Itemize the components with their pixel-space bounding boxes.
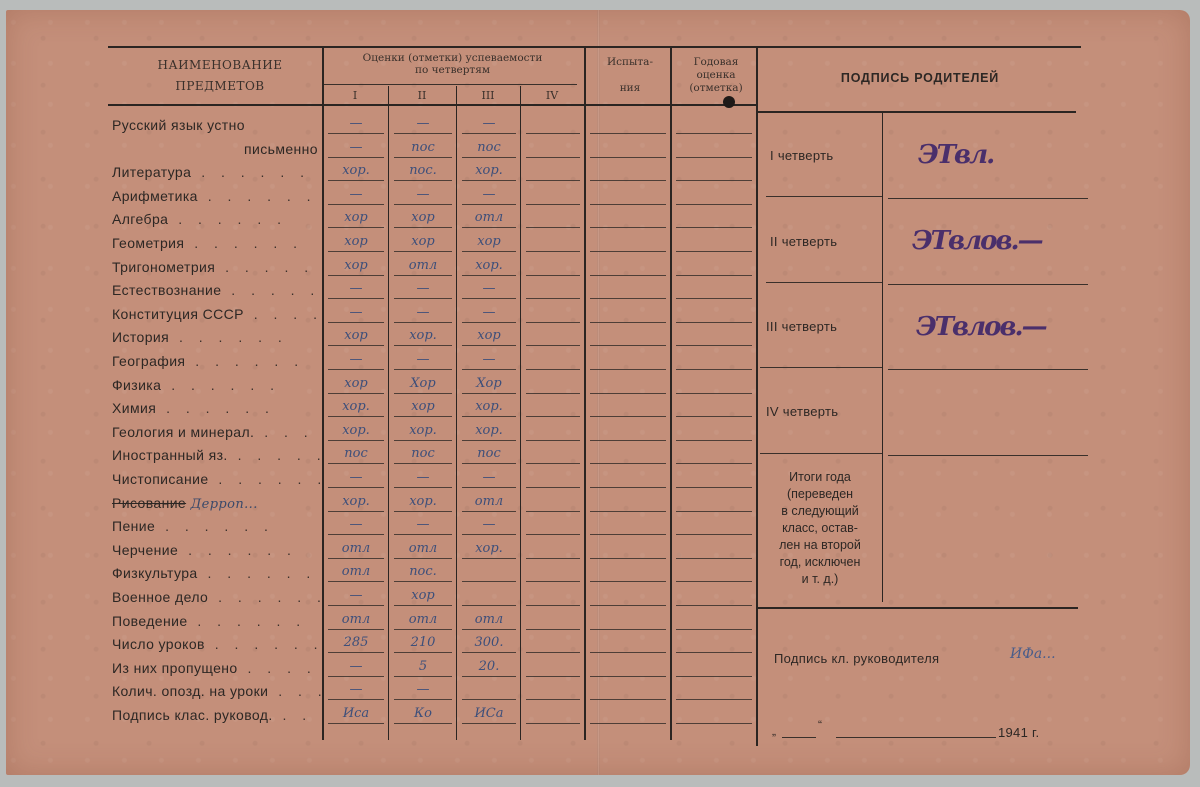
empty-cell-underline xyxy=(676,629,752,630)
grade-underline xyxy=(526,416,580,417)
grade-underline xyxy=(526,723,580,724)
subject-label: Арифметика . . . . . . xyxy=(112,185,322,208)
date-month-blank xyxy=(836,737,996,738)
grade-cell-q3: хор. xyxy=(458,159,520,182)
parents-row-rule xyxy=(888,284,1088,285)
grade-cell-q1: — xyxy=(324,513,388,536)
grade-cell-q1: хор xyxy=(324,254,388,277)
grade-underline xyxy=(394,345,452,346)
grade-underline xyxy=(462,345,516,346)
grade-underline xyxy=(328,605,384,606)
grade-underline xyxy=(526,157,580,158)
grade-underline xyxy=(526,227,580,228)
grade-cell-q1: — xyxy=(324,655,388,678)
empty-cell-underline xyxy=(676,723,752,724)
grade-underline xyxy=(462,275,516,276)
parents-q2-label: II четверть xyxy=(770,234,837,249)
grade-underline xyxy=(462,440,516,441)
subject-label: География . . . . . . xyxy=(112,350,322,373)
subject-label: Тригонометрия . . . . . . xyxy=(112,256,322,279)
year-result-line: лен на второй xyxy=(760,537,880,554)
empty-cell-underline xyxy=(676,463,752,464)
grade-underline xyxy=(462,605,516,606)
grade-underline xyxy=(526,298,580,299)
grade-underline xyxy=(462,133,516,134)
grade-underline xyxy=(394,511,452,512)
empty-cell-underline xyxy=(590,723,666,724)
subject-label: Колич. опозд. на уроки . . . . . . xyxy=(112,680,322,703)
grade-cell-q3: — xyxy=(458,513,520,536)
subject-label: Поведение . . . . . . xyxy=(112,610,322,633)
grade-underline xyxy=(462,204,516,205)
grade-cell-q1: хор xyxy=(324,372,388,395)
empty-cell-underline xyxy=(590,180,666,181)
grade-underline xyxy=(462,511,516,512)
grade-underline xyxy=(394,534,452,535)
grade-underline xyxy=(328,629,384,630)
grade-underline xyxy=(526,251,580,252)
grade-cell-q1: отл xyxy=(324,537,388,560)
parents-row-rule xyxy=(760,367,882,368)
empty-cell-underline xyxy=(676,416,752,417)
grade-cell-q3: хор xyxy=(458,324,520,347)
empty-cell-underline xyxy=(590,275,666,276)
grade-cell-q2: пос xyxy=(390,442,456,465)
subject-label: Конституция СССР . . . . . . xyxy=(112,303,322,326)
empty-cell-underline xyxy=(676,581,752,582)
grade-cell-q2: отл xyxy=(390,608,456,631)
header-subjects-line2: ПРЕДМЕТОВ xyxy=(120,79,320,93)
year-result-label: Итоги года(переведенв следующийкласс, ос… xyxy=(760,469,880,588)
grade-underline xyxy=(328,369,384,370)
grade-underline xyxy=(328,463,384,464)
grade-underline xyxy=(328,581,384,582)
parents-row-rule xyxy=(760,453,882,454)
grade-underline xyxy=(526,180,580,181)
grade-underline xyxy=(394,558,452,559)
empty-cell-underline xyxy=(676,322,752,323)
header-bottom-rule xyxy=(108,104,758,106)
grade-cell-q2: хор xyxy=(390,230,456,253)
grade-cell-q4 xyxy=(522,112,584,135)
grade-underline xyxy=(328,652,384,653)
grade-cell-q3: 20. xyxy=(458,655,520,678)
grade-cell-q4 xyxy=(522,277,584,300)
header-quarter-3: III xyxy=(456,89,520,102)
header-exams-line2: ния xyxy=(590,82,670,94)
empty-cell-underline xyxy=(676,605,752,606)
header-quarter-1: I xyxy=(322,89,388,102)
grade-cell-q2: пос xyxy=(390,136,456,159)
grade-underline xyxy=(462,369,516,370)
empty-cell-underline xyxy=(590,629,666,630)
grade-underline xyxy=(526,581,580,582)
grade-underline xyxy=(394,416,452,417)
grade-underline xyxy=(394,298,452,299)
grade-underline xyxy=(328,275,384,276)
subject-label: Пение . . . . . . xyxy=(112,515,322,538)
grade-cell-q4 xyxy=(522,419,584,442)
grade-cell-q2: — xyxy=(390,301,456,324)
subject-label: Естествознание . . . . . . xyxy=(112,279,322,302)
empty-cell-underline xyxy=(590,534,666,535)
grade-cell-q2: пос. xyxy=(390,159,456,182)
header-grades-line1: Оценки (отметки) успеваемости xyxy=(325,52,580,64)
grade-underline xyxy=(526,511,580,512)
grade-underline xyxy=(328,534,384,535)
subject-label: Чистописание . . . . . . xyxy=(112,468,322,491)
grade-cell-q4 xyxy=(522,324,584,347)
year-result-line: класс, остав- xyxy=(760,520,880,537)
leader-dots: . . . . . . xyxy=(155,518,274,534)
grade-underline xyxy=(462,723,516,724)
grade-underline xyxy=(328,558,384,559)
date-day-blank xyxy=(782,737,816,738)
grade-cell-q2: — xyxy=(390,513,456,536)
grade-underline xyxy=(394,581,452,582)
grade-cell-q4 xyxy=(522,631,584,654)
grade-underline xyxy=(394,676,452,677)
grade-cell-q1: Иса xyxy=(324,702,388,725)
empty-cell-underline xyxy=(676,180,752,181)
col-divider-q4 xyxy=(584,46,586,740)
grade-underline xyxy=(394,629,452,630)
year-result-line: и т. д.) xyxy=(760,571,880,588)
subject-label: Русский язык устно xyxy=(112,114,322,137)
empty-cell-underline xyxy=(676,204,752,205)
subject-label: Геометрия . . . . . . xyxy=(112,232,322,255)
grade-cell-q1: — xyxy=(324,277,388,300)
grade-underline xyxy=(526,534,580,535)
grade-cell-q3 xyxy=(458,560,520,583)
leader-dots: . . . . . . xyxy=(209,471,322,487)
empty-cell-underline xyxy=(590,463,666,464)
grade-underline xyxy=(526,393,580,394)
empty-cell-underline xyxy=(676,133,752,134)
empty-cell-underline xyxy=(676,511,752,512)
grade-cell-q1: хор. xyxy=(324,419,388,442)
subject-label: Иностранный яз. . . . . . . xyxy=(112,444,322,467)
grade-cell-q3: отл xyxy=(458,206,520,229)
grade-underline xyxy=(328,345,384,346)
grade-cell-q3 xyxy=(458,678,520,701)
grade-underline xyxy=(394,487,452,488)
subject-label: Геология и минерал. . . . . . . xyxy=(112,421,322,444)
empty-cell-underline xyxy=(590,345,666,346)
parents-row-rule xyxy=(888,198,1088,199)
empty-cell-underline xyxy=(676,534,752,535)
leader-dots: . . . . . . xyxy=(161,377,280,393)
grade-underline xyxy=(328,251,384,252)
grade-underline xyxy=(394,204,452,205)
grade-underline xyxy=(462,322,516,323)
leader-dots: . . . . . . xyxy=(184,235,303,251)
grade-underline xyxy=(328,322,384,323)
grade-cell-q2: Хор xyxy=(390,372,456,395)
grade-underline xyxy=(462,629,516,630)
header-quarter-4: IV xyxy=(520,89,584,102)
grade-underline xyxy=(328,416,384,417)
grade-underline xyxy=(394,463,452,464)
empty-cell-underline xyxy=(676,699,752,700)
leader-dots: . . . . . . xyxy=(185,353,304,369)
subject-label: письменно xyxy=(112,138,322,161)
subject-label: История . . . . . . xyxy=(112,326,322,349)
empty-cell-underline xyxy=(590,393,666,394)
leader-dots: . . . . . . xyxy=(156,400,275,416)
date-quote-close: “ xyxy=(818,718,822,732)
empty-cell-underline xyxy=(590,322,666,323)
grade-cell-q1: отл xyxy=(324,608,388,631)
grade-underline xyxy=(394,322,452,323)
header-annual-line1: Годовая xyxy=(674,56,758,68)
empty-cell-underline xyxy=(590,511,666,512)
leader-dots: . . . . . . xyxy=(198,188,317,204)
grade-cell-q1: — xyxy=(324,466,388,489)
grade-cell-q3: хор xyxy=(458,230,520,253)
grade-cell-q2: хор xyxy=(390,206,456,229)
year-result-bottom-rule xyxy=(758,607,1078,609)
empty-cell-underline xyxy=(676,558,752,559)
grade-cell-q2: хор. xyxy=(390,419,456,442)
subject-label: Рисование Дерроп... xyxy=(112,492,322,515)
teacher-signature: ИФа... xyxy=(1010,646,1056,662)
grade-underline xyxy=(394,275,452,276)
grade-underline xyxy=(526,133,580,134)
leader-dots: . . . . . . xyxy=(228,447,322,463)
empty-cell-underline xyxy=(676,393,752,394)
grade-cell-q4 xyxy=(522,348,584,371)
grade-cell-q3: 300. xyxy=(458,631,520,654)
parents-row-rule xyxy=(888,369,1088,370)
subject-label: Черчение . . . . . . xyxy=(112,539,322,562)
leader-dots: . . . . . . xyxy=(191,164,310,180)
empty-cell-underline xyxy=(590,652,666,653)
grade-cell-q4 xyxy=(522,230,584,253)
grade-cell-q4 xyxy=(522,159,584,182)
grade-underline xyxy=(328,487,384,488)
grade-underline xyxy=(526,558,580,559)
grade-cell-q4 xyxy=(522,301,584,324)
grade-cell-q3: хор. xyxy=(458,254,520,277)
grade-underline xyxy=(394,180,452,181)
date-quote-open: „ xyxy=(772,724,776,738)
grade-cell-q1: — xyxy=(324,136,388,159)
header-subjects-line1: НАИМЕНОВАНИЕ xyxy=(120,58,320,72)
empty-cell-underline xyxy=(676,345,752,346)
parents-row-rule xyxy=(766,282,882,283)
parents-q4-label: IV четверть xyxy=(766,404,838,419)
parents-inner-divider xyxy=(882,112,883,602)
grade-cell-q1: отл xyxy=(324,560,388,583)
subject-label: Литература . . . . . . xyxy=(112,161,322,184)
ink-blot xyxy=(723,96,735,108)
grade-cell-q2: — xyxy=(390,112,456,135)
grade-cell-q4 xyxy=(522,442,584,465)
grade-cell-q1: хор xyxy=(324,324,388,347)
grade-underline xyxy=(462,180,516,181)
grade-cell-q2: — xyxy=(390,277,456,300)
leader-dots: . . . . . . xyxy=(254,424,322,440)
grade-cell-q3: — xyxy=(458,183,520,206)
header-parents-signature: ПОДПИСЬ РОДИТЕЛЕЙ xyxy=(760,71,1080,85)
grade-underline xyxy=(328,298,384,299)
leader-dots: . . . . . . xyxy=(221,282,322,298)
top-rule xyxy=(108,46,1081,48)
grade-cell-q4 xyxy=(522,372,584,395)
grade-underline xyxy=(328,440,384,441)
header-annual-line3: (отметка) xyxy=(674,82,758,94)
grade-underline xyxy=(462,298,516,299)
leader-dots: . . . . . . xyxy=(268,683,322,699)
grade-cell-q4 xyxy=(522,136,584,159)
parents-q1-signature: ЭТвл. xyxy=(918,140,993,170)
empty-cell-underline xyxy=(676,251,752,252)
leader-dots: . . . . . . xyxy=(238,660,322,676)
parents-q3-signature: ЭТвлов.— xyxy=(916,312,1046,342)
grade-cell-q1: хор. xyxy=(324,395,388,418)
empty-cell-underline xyxy=(590,298,666,299)
grade-underline xyxy=(526,487,580,488)
grade-cell-q2: хор xyxy=(390,584,456,607)
empty-cell-underline xyxy=(590,581,666,582)
grade-underline xyxy=(526,463,580,464)
grade-underline xyxy=(462,534,516,535)
grade-cell-q4 xyxy=(522,466,584,489)
leader-dots: . . . . . . xyxy=(244,306,322,322)
leader-dots: . . . . . . xyxy=(198,565,317,581)
grade-underline xyxy=(328,204,384,205)
grade-underline xyxy=(526,275,580,276)
grade-cell-q3: ИСа xyxy=(458,702,520,725)
grade-cell-q3: хор. xyxy=(458,537,520,560)
parents-row-rule xyxy=(888,455,1088,456)
grade-underline xyxy=(526,652,580,653)
grade-underline xyxy=(462,487,516,488)
empty-cell-underline xyxy=(590,251,666,252)
date-year: 1941 г. xyxy=(998,725,1039,740)
empty-cell-underline xyxy=(676,157,752,158)
grade-underline xyxy=(328,133,384,134)
grade-cell-q3: отл xyxy=(458,608,520,631)
grade-underline xyxy=(462,463,516,464)
leader-dots: . . . . . . xyxy=(208,589,322,605)
subject-label: Из них пропущено . . . . . . xyxy=(112,657,322,680)
empty-cell-underline xyxy=(590,369,666,370)
grade-cell-q2: — xyxy=(390,183,456,206)
struck-subject-text: Рисование xyxy=(112,495,186,511)
year-result-line: год, исключен xyxy=(760,554,880,571)
handwritten-subject-text: Дерроп... xyxy=(186,497,258,512)
empty-cell-underline xyxy=(590,157,666,158)
grade-underline xyxy=(394,157,452,158)
header-quarter-2: II xyxy=(388,89,456,102)
grade-cell-q3: — xyxy=(458,466,520,489)
grade-underline xyxy=(462,227,516,228)
grade-cell-q2: 5 xyxy=(390,655,456,678)
parents-header-bottom-rule xyxy=(758,111,1076,113)
grade-underline xyxy=(526,629,580,630)
grade-cell-q2: — xyxy=(390,348,456,371)
parents-q2-signature: ЭТвлов.— xyxy=(912,226,1042,256)
grade-underline xyxy=(328,180,384,181)
year-result-line: (переведен xyxy=(760,486,880,503)
grade-cell-q4 xyxy=(522,655,584,678)
grade-cell-q2: хор. xyxy=(390,490,456,513)
subject-label: Подпись клас. руковод. . . . . . . xyxy=(112,704,322,727)
quarters-subheader-rule xyxy=(322,84,577,85)
grade-cell-q2: пос. xyxy=(390,560,456,583)
grade-cell-q3: хор. xyxy=(458,419,520,442)
grade-cell-q4 xyxy=(522,206,584,229)
grade-cell-q4 xyxy=(522,608,584,631)
grade-underline xyxy=(394,723,452,724)
empty-cell-underline xyxy=(590,605,666,606)
subject-label: Военное дело . . . . . . xyxy=(112,586,322,609)
header-grades-line2: по четвертям xyxy=(325,64,580,76)
empty-cell-underline xyxy=(590,676,666,677)
empty-cell-underline xyxy=(590,416,666,417)
grade-cell-q4 xyxy=(522,702,584,725)
grade-underline xyxy=(394,652,452,653)
grade-cell-q3: пос xyxy=(458,442,520,465)
subject-label: Химия . . . . . . xyxy=(112,397,322,420)
header-exams-line1: Испыта- xyxy=(590,56,670,68)
grade-underline xyxy=(328,227,384,228)
empty-cell-underline xyxy=(676,440,752,441)
leader-dots: . . . . . . xyxy=(215,259,322,275)
grade-underline xyxy=(328,157,384,158)
grade-cell-q4 xyxy=(522,537,584,560)
grade-cell-q1: — xyxy=(324,348,388,371)
grade-underline xyxy=(462,393,516,394)
teacher-signature-label: Подпись кл. руководителя xyxy=(774,651,939,666)
empty-cell-underline xyxy=(590,440,666,441)
empty-cell-underline xyxy=(676,298,752,299)
grade-cell-q1: — xyxy=(324,584,388,607)
grade-cell-q2: хор xyxy=(390,395,456,418)
grade-cell-q3: — xyxy=(458,112,520,135)
empty-cell-underline xyxy=(590,133,666,134)
empty-cell-underline xyxy=(590,227,666,228)
grade-cell-q2: 210 xyxy=(390,631,456,654)
grade-underline xyxy=(462,416,516,417)
grade-cell-q4 xyxy=(522,395,584,418)
parents-q1-label: I четверть xyxy=(770,148,833,163)
grade-cell-q1: пос xyxy=(324,442,388,465)
grade-underline xyxy=(462,558,516,559)
parents-row-rule xyxy=(766,196,882,197)
grade-cell-q1: — xyxy=(324,301,388,324)
grade-underline xyxy=(526,369,580,370)
grade-cell-q2: хор. xyxy=(390,324,456,347)
parents-q3-label: III четверть xyxy=(766,319,837,334)
grade-underline xyxy=(526,699,580,700)
grade-underline xyxy=(462,157,516,158)
grade-underline xyxy=(328,393,384,394)
grade-underline xyxy=(328,676,384,677)
grade-cell-q4 xyxy=(522,183,584,206)
year-result-line: Итоги года xyxy=(760,469,880,486)
empty-cell-underline xyxy=(676,227,752,228)
grade-underline xyxy=(394,133,452,134)
empty-cell-underline xyxy=(676,275,752,276)
grade-underline xyxy=(328,699,384,700)
grade-underline xyxy=(394,369,452,370)
grade-cell-q4 xyxy=(522,678,584,701)
grade-underline xyxy=(328,723,384,724)
grade-cell-q1: хор xyxy=(324,206,388,229)
